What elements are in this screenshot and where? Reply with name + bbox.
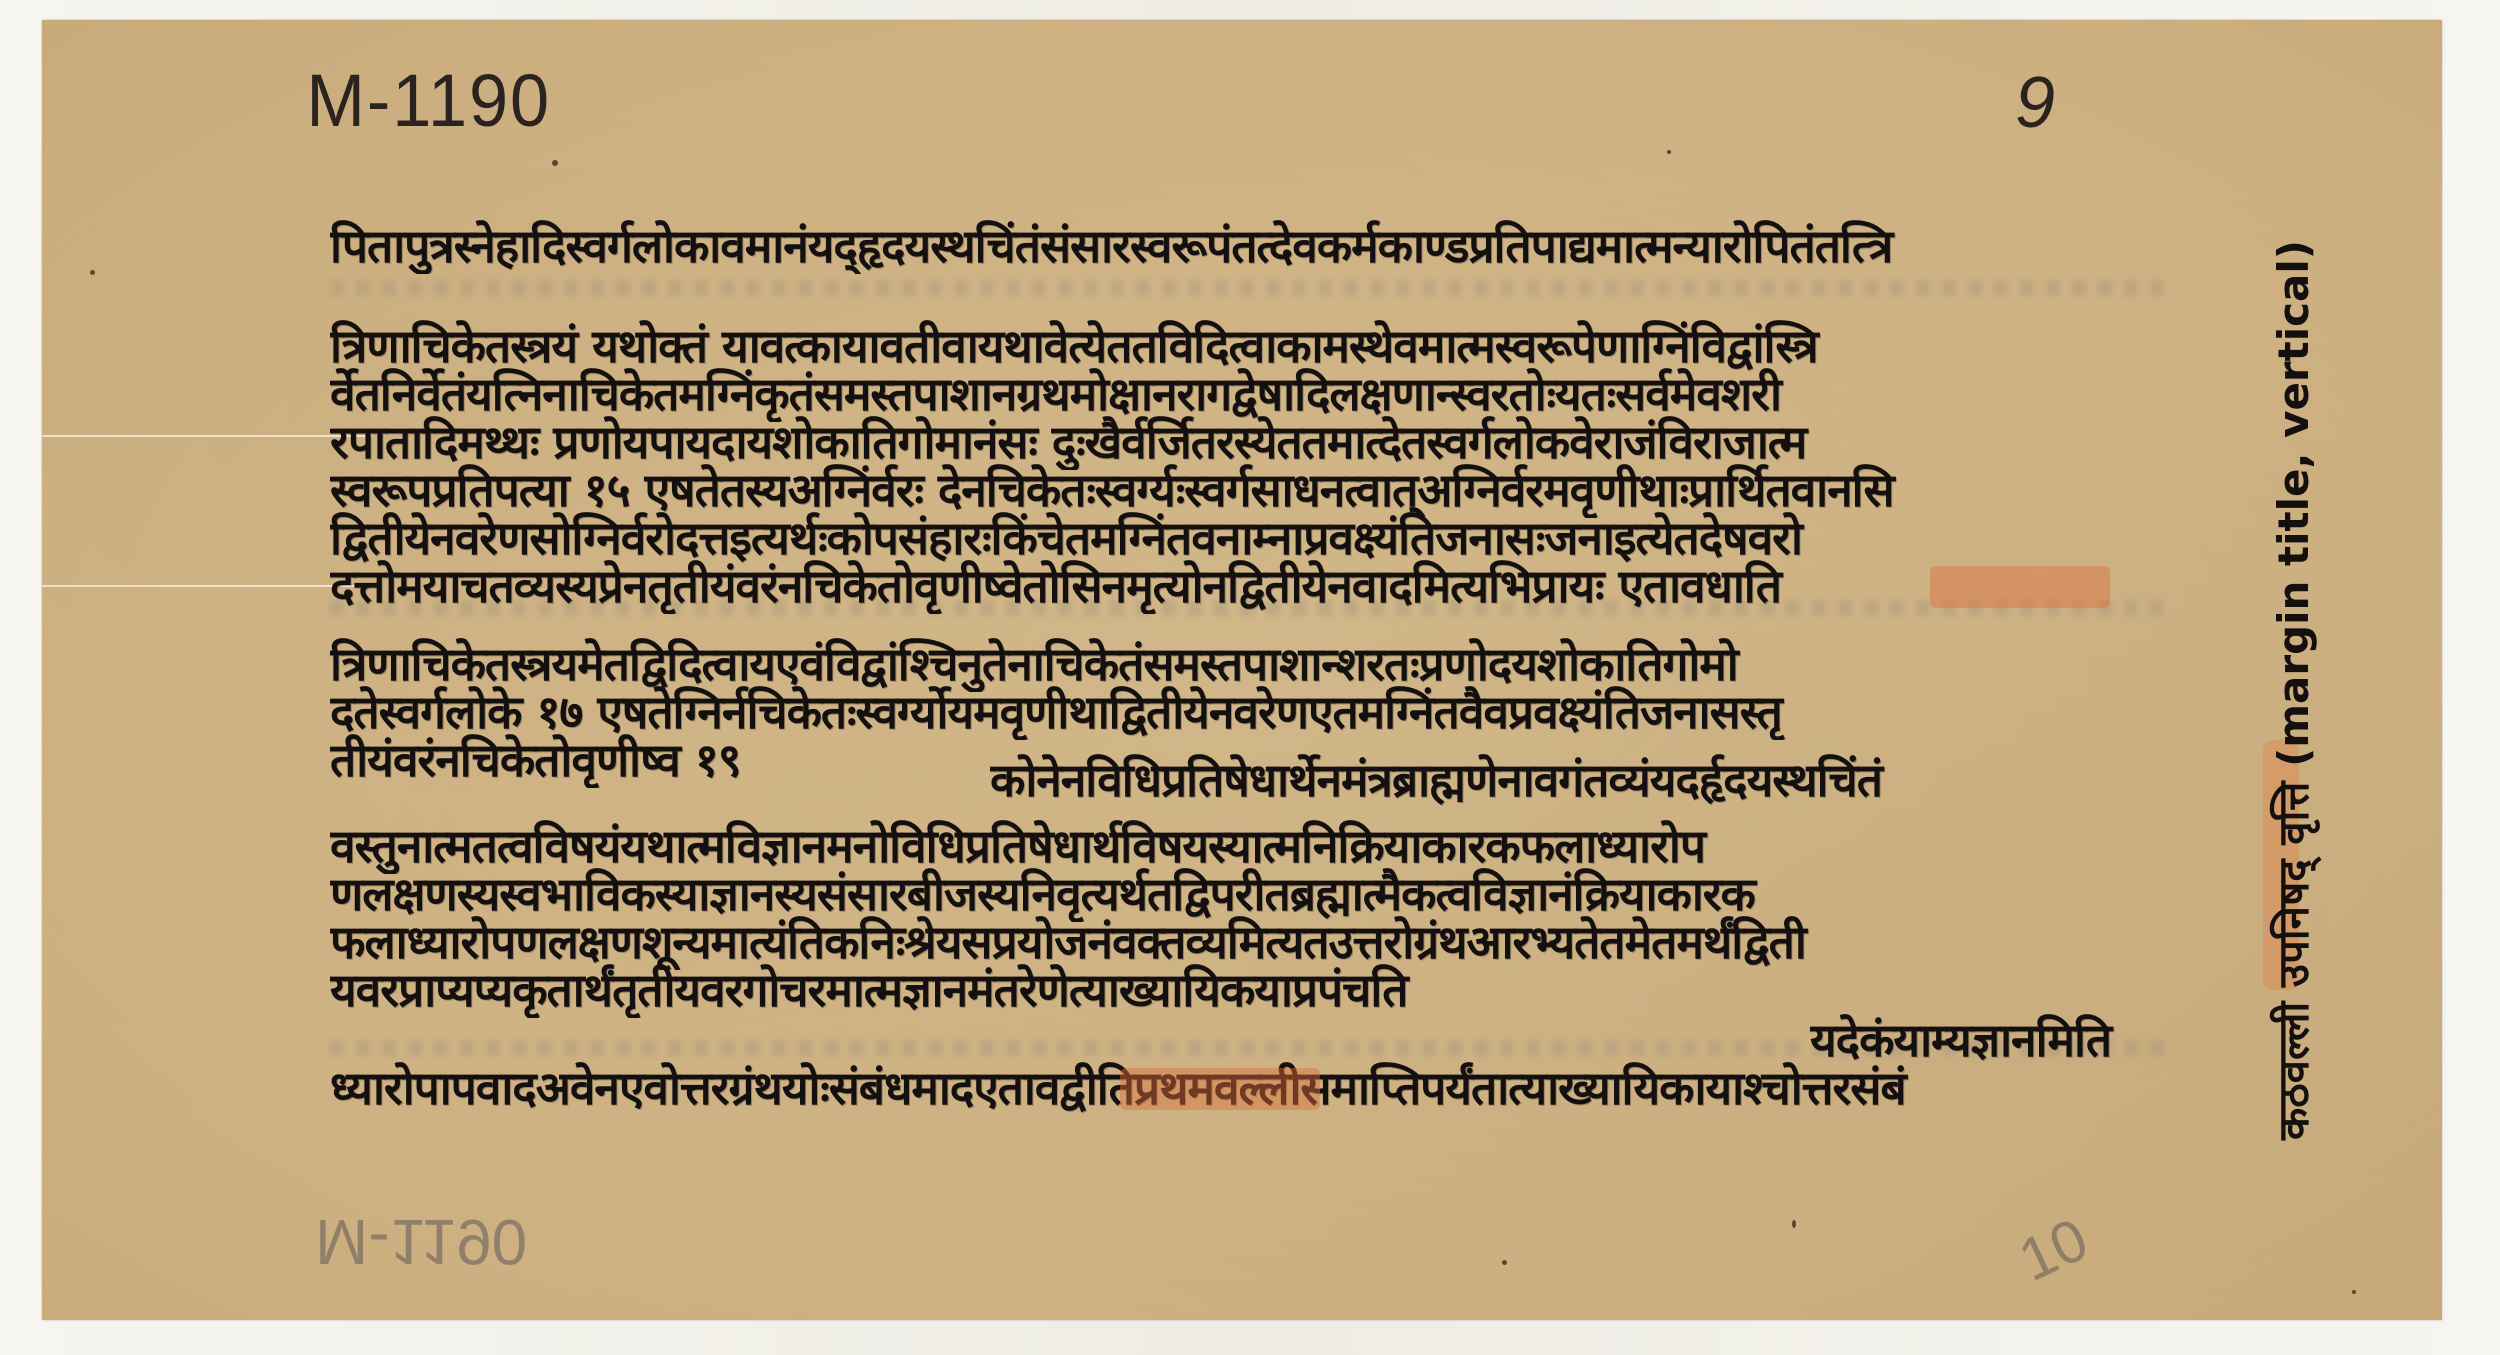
line-text: ध्यारोपापवादअवेनएवोत्तरग्रंथयोःसंबंधमादए… (330, 1061, 1906, 1115)
margin-title: कठवल्ली उपनिषद् वृत्ति (margin title, ve… (2245, 720, 2325, 1140)
line-text: कोनेनविधिप्रतिषेधार्थेनमंत्रब्राह्मणेनाव… (990, 753, 1882, 807)
paper-speck (2352, 1290, 2356, 1294)
line-text: फलाध्यारोपणलक्षणशून्यमात्यंतिकनिःश्रेयसप… (330, 915, 1806, 969)
paper-crease (42, 435, 372, 437)
paper-speck (90, 270, 95, 275)
line-text: यवरप्राप्यप्यकृतार्थंतृतीयवरगोचरमात्मज्ञ… (330, 963, 1408, 1017)
line-text: र्वेतनिर्वेतंयत्निनाचिकेतमग्निंकृतंसमस्त… (330, 367, 1781, 421)
rubric-highlight (1120, 1068, 1320, 1110)
manuscript-text-block: पितापुत्रस्नेहादिस्वर्गलोकावमानंयद्हृदयस… (330, 0, 2170, 1355)
manuscript-line-11: कोनेनविधिप्रतिषेधार्थेनमंत्रब्राह्मणेनाव… (990, 752, 2170, 808)
line-text: वस्तुनात्मतत्वविषयंयथात्मविज्ञानमनोविधिप… (330, 819, 1705, 873)
line-text: त्रिणाचिकेतस्त्रयमेतद्विदित्वायएवंविद्वा… (330, 637, 1738, 691)
line-text: दत्तोमयाचतव्यस्यप्रेनतृतीयंवरंनचिकेतोवृण… (330, 559, 1781, 613)
line-text: पितापुत्रस्नेहादिस्वर्गलोकावमानंयद्हृदयस… (330, 219, 1892, 273)
manuscript-line-1: पितापुत्रस्नेहादिस्वर्गलोकावमानंयद्हृदयस… (330, 218, 2170, 274)
rubric-highlight (1930, 566, 2110, 608)
line-text: तीयंवरंनचिकेतोवृणीष्व १९ (330, 733, 741, 787)
line-text: द्वितीयेनवरेणसोग्निर्वरोदत्तइत्यर्थःकोपस… (330, 511, 1802, 565)
margin-title-text: कठवल्ली उपनिषद् वृत्ति (margin title, ve… (2265, 720, 2322, 1140)
manuscript-line-10: तीयंवरंनचिकेतोवृणीष्व १९ (330, 732, 890, 788)
bleed-through (330, 280, 2170, 296)
line-text: दतेस्वर्गलोके १७ एषतेग्निर्नचिकेतःस्वर्ग… (330, 685, 1782, 739)
line-text: रपातादिमथ्थः प्रणोयपायदायशोकातिगोमानंसः … (330, 415, 1806, 469)
paper-crease (42, 585, 372, 587)
line-text: यदेकंयाम्यज्ञानमिति (1810, 1013, 2111, 1067)
manuscript-line-15: यवरप्राप्यप्यकृतार्थंतृतीयवरगोचरमात्मज्ञ… (330, 962, 1750, 1018)
line-text: स्वरूपप्रतिपत्या १५ एषतेतस्यअग्निंर्वरः … (330, 463, 1894, 517)
manuscript-line-7: दत्तोमयाचतव्यस्यप्रेनतृतीयंवरंनचिकेतोवृण… (330, 558, 2170, 614)
line-text: त्रिणाचिकेतस्त्रयं यथोक्तं यावत्कायावतीव… (330, 319, 1818, 373)
line-text: णलक्षणस्यस्वभाविकस्याज्ञानस्यसंसारबीजस्य… (330, 867, 1755, 921)
